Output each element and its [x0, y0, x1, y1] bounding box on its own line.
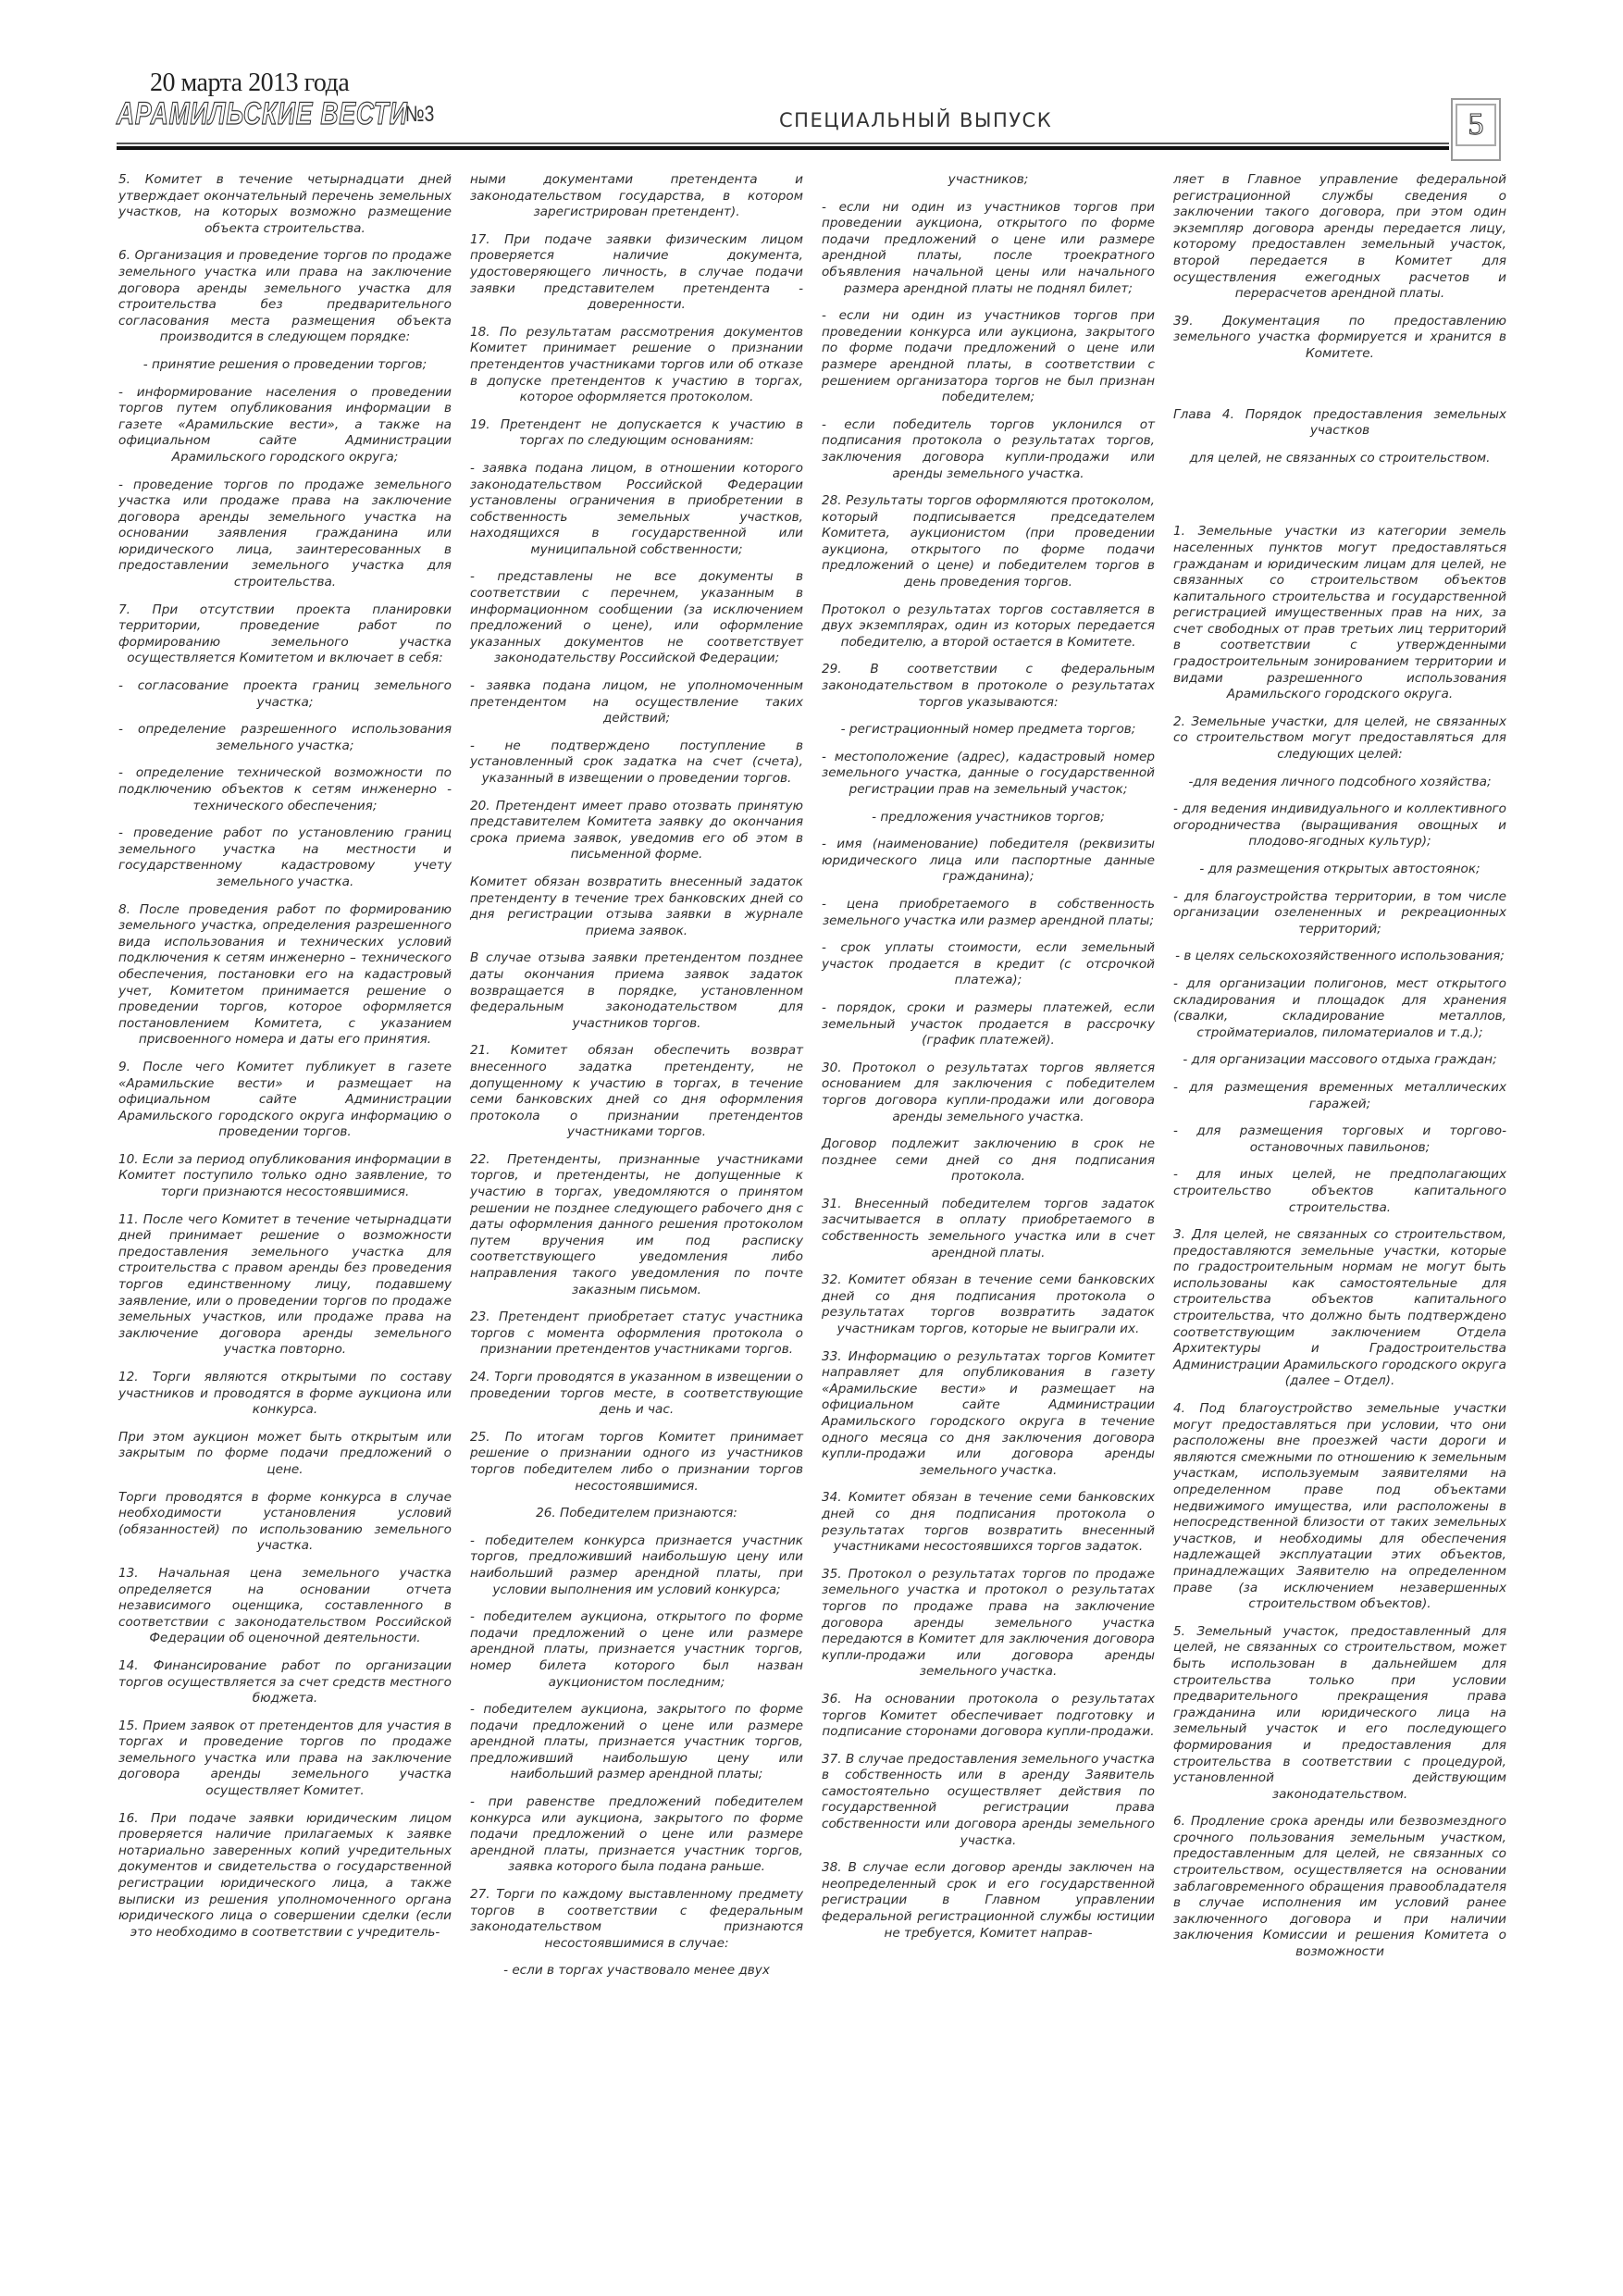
paragraph: - цена приобретаемого в собственность зе…: [822, 897, 1155, 929]
paragraph: - определение технической возможности по…: [118, 765, 452, 814]
section-title: СПЕЦИАЛЬНЫЙ ВЫПУСК: [779, 109, 1052, 131]
paragraph: - проведение работ по установлению грани…: [118, 825, 452, 890]
paragraph: - для организации массового отдыха гражд…: [1173, 1052, 1506, 1069]
paragraph: Протокол о результатах торгов составляет…: [822, 602, 1155, 652]
paragraph: 39. Документация по предоставлению земел…: [1173, 314, 1506, 363]
paragraph: - если в торгах участвовало менее двух: [470, 1963, 803, 1980]
paragraph: - для благоустройства территории, в том …: [1173, 889, 1506, 938]
paragraph: - для иных целей, не предполагающих стро…: [1173, 1167, 1506, 1216]
paragraph: Договор подлежит заключению в срок не по…: [822, 1136, 1155, 1185]
paragraph: При этом аукцион может быть открытым или…: [118, 1430, 452, 1479]
paragraph: - порядок, сроки и размеры платежей, есл…: [822, 1000, 1155, 1049]
paragraph: 5. Комитет в течение четырнадцати дней у…: [118, 172, 452, 237]
paragraph: 25. По итогам торгов Комитет принимает р…: [470, 1430, 803, 1495]
paragraph: 32. Комитет обязан в течение семи банков…: [822, 1272, 1155, 1337]
paragraph: - если победитель торгов уклонился от по…: [822, 417, 1155, 482]
paragraph: 8. После проведения работ по формировани…: [118, 902, 452, 1049]
paragraph: - если ни один из участников торгов при …: [822, 308, 1155, 406]
paragraph: 6. Продление срока аренды или безвозмезд…: [1173, 1814, 1506, 1960]
paragraph: 6. Организация и проведение торгов по пр…: [118, 248, 452, 346]
masthead: 20 марта 2013 года АРАМИЛЬСКИЕ ВЕСТИ №3 …: [0, 0, 1623, 176]
column-3: участников; - если ни один из участников…: [822, 172, 1155, 2264]
paragraph: - заявка подана лицом, в отношении котор…: [470, 461, 803, 559]
paragraph: - победителем конкурса признается участн…: [470, 1533, 803, 1598]
paragraph: 29. В соответствии с федеральным законод…: [822, 662, 1155, 711]
chapter-subheading: для целей, не связанных со строительство…: [1173, 451, 1506, 467]
paragraph: - регистрационный номер предмета торгов;: [822, 722, 1155, 738]
issue-date: 20 марта 2013 года: [150, 68, 349, 98]
paragraph: 12. Торги являются открытыми по составу …: [118, 1370, 452, 1419]
newspaper-title: АРАМИЛЬСКИЕ ВЕСТИ: [117, 96, 408, 132]
paragraph: 23. Претендент приобретает статус участн…: [470, 1309, 803, 1359]
page-number-box: 5: [1451, 98, 1501, 161]
paragraph: 3. Для целей, не связанных со строительс…: [1173, 1227, 1506, 1390]
paragraph: 10. Если за период опубликования информа…: [118, 1152, 452, 1201]
paragraph: 28. Результаты торгов оформляются проток…: [822, 493, 1155, 591]
paragraph: - для ведения индивидуального и коллекти…: [1173, 801, 1506, 850]
column-4: ляет в Главное управление федеральной ре…: [1173, 172, 1506, 2264]
paragraph: - для организации полигонов, мест открыт…: [1173, 976, 1506, 1041]
paragraph: - принятие решения о проведении торгов;: [118, 357, 452, 374]
article-columns: 5. Комитет в течение четырнадцати дней у…: [118, 172, 1506, 2264]
paragraph: 16. При подаче заявки юридическим лицом …: [118, 1811, 452, 1942]
paragraph: 1. Земельные участки из категории земель…: [1173, 524, 1506, 703]
paragraph: - предложения участников торгов;: [822, 810, 1155, 826]
paragraph: 9. После чего Комитет публикует в газете…: [118, 1060, 452, 1141]
column-1: 5. Комитет в течение четырнадцати дней у…: [118, 172, 452, 2264]
paragraph: 2. Земельные участки, для целей, не связ…: [1173, 714, 1506, 763]
paragraph: - в целях сельскохозяйственного использо…: [1173, 949, 1506, 965]
paragraph: - согласование проекта границ земельного…: [118, 678, 452, 711]
paragraph: 11. После чего Комитет в течение четырна…: [118, 1212, 452, 1359]
paragraph: ляет в Главное управление федеральной ре…: [1173, 172, 1506, 303]
paragraph: 13. Начальная цена земельного участка оп…: [118, 1566, 452, 1647]
paragraph: 36. На основании протокола о результатах…: [822, 1692, 1155, 1741]
paragraph: 37. В случае предоставления земельного у…: [822, 1752, 1155, 1850]
header-divider: [117, 143, 1449, 152]
paragraph: 24. Торги проводятся в указанном в извещ…: [470, 1370, 803, 1419]
paragraph: 38. В случае если договор аренды заключе…: [822, 1860, 1155, 1942]
paragraph: 31. Внесенный победителем торгов задаток…: [822, 1197, 1155, 1261]
paragraph: 21. Комитет обязан обеспечить возврат вн…: [470, 1043, 803, 1141]
paragraph: Торги проводятся в форме конкурса в случ…: [118, 1490, 452, 1555]
paragraph: - проведение торгов по продаже земельног…: [118, 478, 452, 591]
paragraph: 30. Протокол о результатах торгов являет…: [822, 1061, 1155, 1125]
paragraph: 35. Протокол о результатах торгов по про…: [822, 1567, 1155, 1681]
page-number: 5: [1456, 104, 1496, 146]
paragraph: - для размещения открытых автостоянок;: [1173, 862, 1506, 878]
paragraph: 33. Информацию о результатах торгов Коми…: [822, 1349, 1155, 1480]
paragraph: - информирование населения о проведении …: [118, 385, 452, 466]
paragraph: 34. Комитет обязан в течение семи банков…: [822, 1490, 1155, 1555]
paragraph: 4. Под благоустройство земельные участки…: [1173, 1401, 1506, 1613]
column-2: ными документами претендента и законодат…: [470, 172, 803, 2264]
paragraph: - при равенстве предложений победителем …: [470, 1794, 803, 1876]
paragraph: 22. Претенденты, признанные участниками …: [470, 1152, 803, 1298]
paragraph: В случае отзыва заявки претендентом позд…: [470, 950, 803, 1032]
paragraph: 7. При отсутствии проекта планировки тер…: [118, 602, 452, 667]
paragraph: - если ни один из участников торгов при …: [822, 200, 1155, 298]
paragraph: - срок уплаты стоимости, если земельный …: [822, 940, 1155, 989]
paragraph: - не подтверждено поступление в установл…: [470, 738, 803, 788]
paragraph: 5. Земельный участок, предоставленный дл…: [1173, 1624, 1506, 1804]
paragraph: ными документами претендента и законодат…: [470, 172, 803, 221]
paragraph: 14. Финансирование работ по организации …: [118, 1658, 452, 1707]
paragraph: - заявка подана лицом, не уполномоченным…: [470, 678, 803, 727]
paragraph: - победителем аукциона, открытого по фор…: [470, 1609, 803, 1691]
paragraph: 26. Победителем признаются:: [470, 1506, 803, 1522]
paragraph: 15. Прием заявок от претендентов для уча…: [118, 1719, 452, 1800]
paragraph: - для размещения временных металлических…: [1173, 1080, 1506, 1112]
paragraph: - победителем аукциона, закрытого по фор…: [470, 1702, 803, 1783]
issue-number: №3: [405, 102, 434, 128]
paragraph: 20. Претендент имеет право отозвать прин…: [470, 799, 803, 863]
paragraph: 17. При подаче заявки физическим лицом п…: [470, 232, 803, 314]
chapter-heading: Глава 4. Порядок предоставления земельны…: [1173, 407, 1506, 440]
paragraph: 27. Торги по каждому выставленному предм…: [470, 1887, 803, 1952]
paragraph: - определение разрешенного использования…: [118, 722, 452, 754]
paragraph: 18. По результатам рассмотрения документ…: [470, 325, 803, 406]
paragraph: -для ведения личного подсобного хозяйств…: [1173, 775, 1506, 791]
paragraph: - имя (наименование) победителя (реквизи…: [822, 837, 1155, 886]
paragraph: - представлены не все документы в соотве…: [470, 569, 803, 667]
paragraph: участников;: [822, 172, 1155, 189]
paragraph: 19. Претендент не допускается к участию …: [470, 417, 803, 450]
paragraph: - местоположение (адрес), кадастровый но…: [822, 750, 1155, 799]
paragraph: - для размещения торговых и торгово-оста…: [1173, 1123, 1506, 1156]
paragraph: Комитет обязан возвратить внесенный зада…: [470, 875, 803, 939]
